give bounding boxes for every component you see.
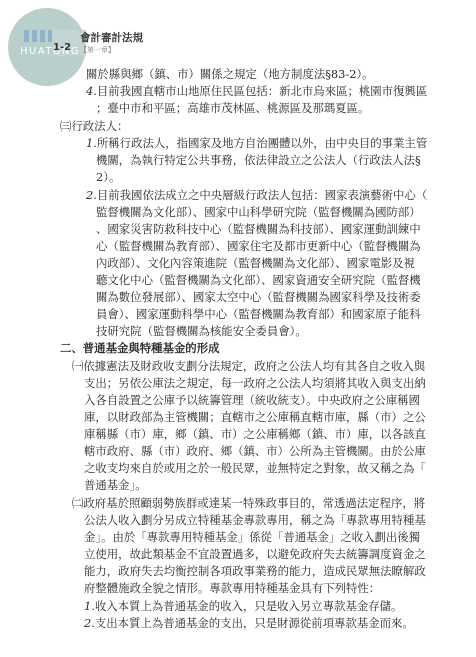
line-text: 二、普通基金與特種基金的形成 — [60, 341, 219, 355]
line-text: 金」。由於「專款專用特種基金」係從「普通基金」之收入劃出後獨 — [84, 530, 420, 544]
list-number: 2. — [86, 188, 97, 202]
line-text: 支出；另依公庫法之規定，每一政府之公法人均須將其收入與支出納 — [84, 376, 426, 390]
text-line: 心（監督機關為教育部）、國家住宅及都市更新中心（監督機關為 — [96, 238, 421, 255]
line-text: 心（監督機關為教育部）、國家住宅及都市更新中心（監督機關為 — [96, 239, 421, 253]
list-number: 1. — [86, 136, 97, 150]
text-line: 技研究院（監督機關為核能安全委員會）。 — [96, 323, 307, 340]
line-text: 目前我國依法成立之中央層級行政法人包括：國家表演藝術中心（ — [97, 188, 427, 202]
line-text: ㈢行政法人： — [60, 119, 128, 133]
text-line: ㈢行政法人： — [60, 118, 128, 135]
text-line: 關為數位發展部）、國家太空中心（監督機關為國家科學及技術委 — [96, 289, 421, 306]
list-number: 2. — [84, 616, 95, 630]
text-line: 1.所稱行政法人，指國家及地方自治團體以外，由中央目的事業主管 — [86, 135, 427, 152]
text-line: 金」。由於「專款專用特種基金」係從「普通基金」之收入劃出後獨 — [84, 529, 420, 546]
line-text: 監督機關為文化部）、國家中山科學研究院（監督機關為國防部） — [96, 205, 421, 219]
line-text: 內政部）、文化內容策進院（監督機關為文化部）、國家電影及視 — [96, 256, 415, 270]
book-title: 會計審計法規 — [80, 30, 143, 45]
text-line: 監督機關為文化部）、國家中山科學研究院（監督機關為國防部） — [96, 204, 421, 221]
text-line: 2.支出本質上為普通基金的支出，只是財源從前項專款基金而來。 — [84, 615, 414, 632]
line-text: 關於縣與鄉（鎮、市）關係之規定（地方制度法§83-2）。 — [86, 67, 374, 81]
text-line: 4.目前我國直轄市山地原住民區包括：新北市烏來區；桃園市復興區 — [86, 83, 427, 100]
text-line: 員會）、國家運動科學中心（監督機關為教育部）和國家原子能科 — [96, 306, 421, 323]
list-number: 1. — [84, 599, 95, 613]
line-text: 聽文化中心（監督機關為文化部）、國家資通安全研究院（監督機 — [96, 273, 421, 287]
line-text: 關為數位發展部）、國家太空中心（監督機關為國家科學及技術委 — [96, 290, 421, 304]
line-text: 入各自設置之公庫予以統籌管理（統收統支）。中央政府之公庫稱國 — [84, 393, 420, 407]
line-text: 支出本質上為普通基金的支出，只是財源從前項專款基金而來。 — [95, 616, 414, 630]
line-text: ㈡政府基於照顧弱勢族群或達某一特殊政事目的，常透過法定程序，將 — [72, 496, 425, 510]
line-text: 轄市政府、縣（市）政府、鄉（鎮、市）公所為主管機關。由於公庫 — [84, 444, 426, 458]
line-text: 府整體施政全貌之情形。專款專用特種基金具有下列特性： — [84, 581, 380, 595]
text-line: 2.目前我國依法成立之中央層級行政法人包括：國家表演藝術中心（ — [86, 187, 427, 204]
line-text: 之收支均來自於或用之於一般民眾，並無特定之對象，故又稱之為「 — [84, 461, 426, 475]
line-text: ㈠依據憲法及財政收支劃分法規定，政府之公法人均有其各自之收入與 — [72, 359, 425, 373]
text-line: 公法人收入劃分另成立特種基金專款專用，稱之為「專款專用特種基 — [84, 512, 426, 529]
text-line: 轄市政府、縣（市）政府、鄉（鎮、市）公所為主管機關。由於公庫 — [84, 443, 426, 460]
text-line: 支出；另依公庫法之規定，每一政府之公法人均須將其收入與支出納 — [84, 375, 426, 392]
line-text: 2）。 — [96, 170, 120, 184]
line-text: 、國家災害防救科技中心（監督機關為科技部）、國家運動訓練中 — [96, 222, 421, 236]
publisher-logo: HUATUNG — [8, 8, 86, 86]
text-line: 關於縣與鄉（鎮、市）關係之規定（地方制度法§83-2）。 — [86, 66, 374, 83]
text-line: 立使用，故此類基金不宜設置過多，以避免政府失去統籌調度資金之 — [84, 546, 426, 563]
text-line: ㈠依據憲法及財政收支劃分法規定，政府之公法人均有其各自之收入與 — [72, 358, 425, 375]
text-line: ；臺中市和平區；高雄市茂林區、桃源區及那瑪夏區。 — [96, 100, 369, 117]
line-text: 普通基金」。 — [84, 478, 147, 492]
line-text: 立使用，故此類基金不宜設置過多，以避免政府失去統籌調度資金之 — [84, 547, 426, 561]
text-line: 1.收入本質上為普通基金的收入，只是收入另立專款基金存儲。 — [84, 598, 402, 615]
text-line: 入各自設置之公庫予以統籌管理（統收統支）。中央政府之公庫稱國 — [84, 392, 420, 409]
line-text: 機關，為執行特定公共事務，依法律設立之公法人（行政法人法§ — [96, 153, 421, 167]
line-text: 庫稱縣（市）庫，鄉（鎮、市）之公庫稱鄉（鎮、市）庫，以各該直 — [84, 427, 426, 441]
chapter-label: 【第一章】 — [80, 45, 115, 55]
line-text: 所稱行政法人，指國家及地方自治團體以外，由中央目的事業主管 — [97, 136, 427, 150]
text-line: 內政部）、文化內容策進院（監督機關為文化部）、國家電影及視 — [96, 255, 415, 272]
line-text: 技研究院（監督機關為核能安全委員會）。 — [96, 324, 307, 338]
text-line: 庫稱縣（市）庫，鄉（鎮、市）之公庫稱鄉（鎮、市）庫，以各該直 — [84, 426, 426, 443]
text-line: 普通基金」。 — [84, 477, 147, 494]
text-line: 、國家災害防救科技中心（監督機關為科技部）、國家運動訓練中 — [96, 221, 421, 238]
line-text: 目前我國直轄市山地原住民區包括：新北市烏來區；桃園市復興區 — [97, 84, 427, 98]
text-line: 府整體施政全貌之情形。專款專用特種基金具有下列特性： — [84, 580, 380, 597]
line-text: 收入本質上為普通基金的收入，只是收入另立專款基金存儲。 — [95, 599, 403, 613]
text-line: 庫，以財政部為主管機關；直轄市之公庫稱直轄市庫，縣（市）之公 — [84, 409, 426, 426]
section-heading: 二、普通基金與特種基金的形成 — [60, 340, 219, 357]
line-text: ；臺中市和平區；高雄市茂林區、桃源區及那瑪夏區。 — [96, 101, 369, 115]
line-text: 員會）、國家運動科學中心（監督機關為教育部）和國家原子能科 — [96, 307, 421, 321]
page-number: 1-2 — [53, 42, 71, 53]
text-line: 能力，政府失去均衡控制各項政事業務的能力，造成民眾無法瞭解政 — [84, 563, 426, 580]
text-line: 機關，為執行特定公共事務，依法律設立之公法人（行政法人法§ — [96, 152, 421, 169]
line-text: 公法人收入劃分另成立特種基金專款專用，稱之為「專款專用特種基 — [84, 513, 426, 527]
line-text: 庫，以財政部為主管機關；直轄市之公庫稱直轄市庫，縣（市）之公 — [84, 410, 426, 424]
text-line: 之收支均來自於或用之於一般民眾，並無特定之對象，故又稱之為「 — [84, 460, 426, 477]
text-line: 2）。 — [96, 169, 120, 186]
list-number: 4. — [86, 84, 97, 98]
text-line: 聽文化中心（監督機關為文化部）、國家資通安全研究院（監督機 — [96, 272, 421, 289]
text-line: ㈡政府基於照顧弱勢族群或達某一特殊政事目的，常透過法定程序，將 — [72, 495, 425, 512]
line-text: 能力，政府失去均衡控制各項政事業務的能力，造成民眾無法瞭解政 — [84, 564, 426, 578]
